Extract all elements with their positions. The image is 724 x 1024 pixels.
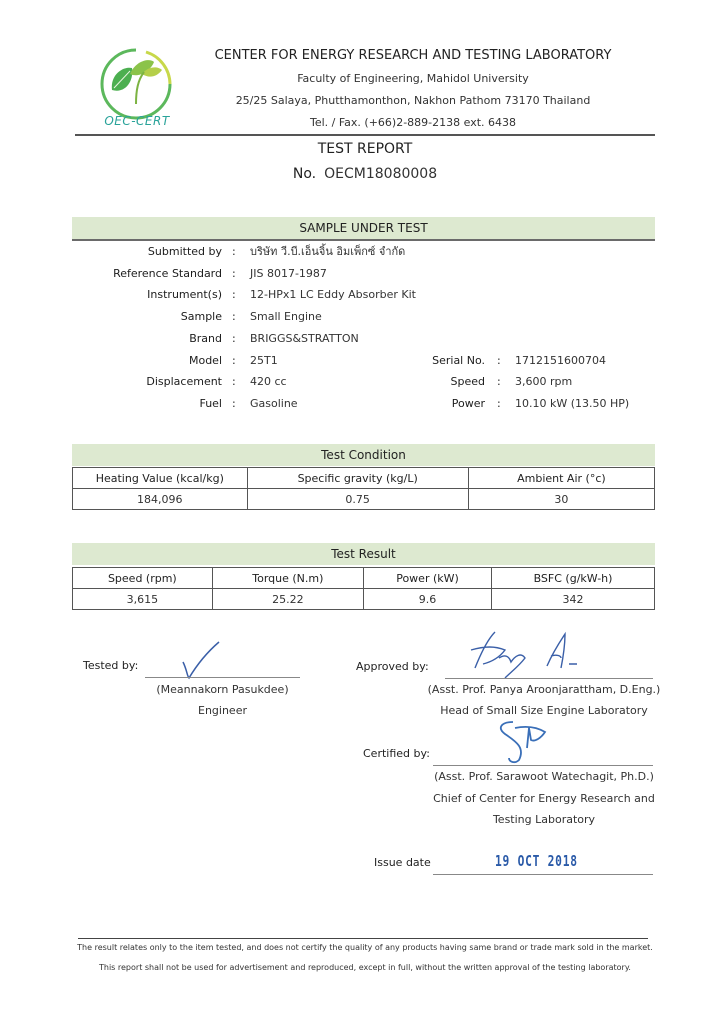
approved-title: Head of Small Size Engine Laboratory	[425, 704, 663, 717]
test-condition-header: Test Condition	[72, 444, 655, 466]
table-header-cell: Speed (rpm)	[73, 568, 213, 589]
tested-signature-icon	[175, 640, 225, 680]
colon: :	[232, 287, 236, 303]
sample-row-value: 3,600 rpm	[515, 374, 572, 390]
leaf-logo-icon	[96, 44, 176, 124]
table-header-cell: Torque (N.m)	[212, 568, 363, 589]
sample-row-label: Brand	[72, 331, 222, 347]
colon: :	[497, 353, 501, 369]
certified-by-label: Certified by:	[363, 747, 430, 760]
footer-divider	[78, 938, 648, 939]
sample-section-header: SAMPLE UNDER TEST	[72, 217, 655, 239]
oec-cert-logo	[96, 44, 176, 124]
sample-row-label: Power	[375, 396, 485, 412]
issue-date-stamp: 19 OCT 2018	[495, 852, 578, 870]
sample-row-right: Power:10.10 kW (13.50 HP)	[0, 396, 724, 412]
sample-row-label: Submitted by	[72, 244, 222, 260]
sample-row-right: Serial No.:1712151600704	[0, 353, 724, 369]
footer-disclaimer-2: This report shall not be used for advert…	[60, 963, 670, 972]
approved-by-label: Approved by:	[356, 660, 429, 673]
sample-row: Submitted by:บริษัท วี.บี.เอ็นจิ้น อิมเพ…	[0, 244, 724, 260]
organization-name: CENTER FOR ENERGY RESEARCH AND TESTING L…	[178, 48, 648, 63]
sample-row-value: Small Engine	[250, 309, 322, 325]
logo-text: OEC-CERT	[92, 114, 182, 128]
contact-line: Tel. / Fax. (+66)2-889-2138 ext. 6438	[178, 116, 648, 129]
table-header-row: Speed (rpm) Torque (N.m) Power (kW) BSFC…	[73, 568, 655, 589]
sample-row: Reference Standard:JIS 8017-1987	[0, 266, 724, 282]
address-line: 25/25 Salaya, Phutthamonthon, Nakhon Pat…	[178, 94, 648, 107]
specific-gravity: 0.75	[247, 489, 468, 510]
header-divider	[75, 134, 655, 136]
sample-row-label: Speed	[375, 374, 485, 390]
table-header-cell: Specific gravity (kg/L)	[247, 468, 468, 489]
table-row: 184,096 0.75 30	[73, 489, 655, 510]
sample-row-value: JIS 8017-1987	[250, 266, 327, 282]
approved-signature-icon	[465, 628, 595, 683]
table-row: 3,615 25.22 9.6 342	[73, 589, 655, 610]
tested-signature-line	[145, 677, 300, 678]
certified-title-line2: Testing Laboratory	[425, 813, 663, 826]
certified-name: (Asst. Prof. Sarawoot Watechagit, Ph.D.)	[425, 770, 663, 783]
table-header-cell: Power (kW)	[363, 568, 491, 589]
sample-row-value: BRIGGS&STRATTON	[250, 331, 359, 347]
colon: :	[497, 374, 501, 390]
sample-row-label: Sample	[72, 309, 222, 325]
torque-value: 25.22	[212, 589, 363, 610]
sample-row-value: 12-HPx1 LC Eddy Absorber Kit	[250, 287, 416, 303]
issue-date-line	[433, 874, 653, 875]
sample-row-right: Speed:3,600 rpm	[0, 374, 724, 390]
certified-signature-icon	[495, 718, 555, 768]
certified-title-line1: Chief of Center for Energy Research and	[425, 792, 663, 805]
table-header-cell: Ambient Air (°c)	[468, 468, 654, 489]
report-number-value: OECM18080008	[324, 166, 437, 182]
sample-row: Sample:Small Engine	[0, 309, 724, 325]
ambient-air: 30	[468, 489, 654, 510]
test-result-header: Test Result	[72, 543, 655, 565]
sample-row-value: 10.10 kW (13.50 HP)	[515, 396, 629, 412]
report-title: TEST REPORT	[200, 141, 530, 157]
sample-row-label: Serial No.	[375, 353, 485, 369]
sample-row-value: 1712151600704	[515, 353, 606, 369]
sample-row-label: Reference Standard	[72, 266, 222, 282]
sample-row: Brand:BRIGGS&STRATTON	[0, 331, 724, 347]
sample-section-divider	[72, 239, 655, 241]
table-header-cell: BSFC (g/kW-h)	[492, 568, 655, 589]
approved-signature-line	[445, 678, 653, 679]
approved-name: (Asst. Prof. Panya Aroonjarattham, D.Eng…	[425, 683, 663, 696]
report-number: No.OECM18080008	[200, 166, 530, 182]
sample-row-label: Instrument(s)	[72, 287, 222, 303]
issue-date-label: Issue date	[374, 856, 431, 869]
power-value: 9.6	[363, 589, 491, 610]
heating-value: 184,096	[73, 489, 248, 510]
table-header-row: Heating Value (kcal/kg) Specific gravity…	[73, 468, 655, 489]
speed-value: 3,615	[73, 589, 213, 610]
footer-disclaimer-1: The result relates only to the item test…	[60, 943, 670, 952]
sample-row-value: บริษัท วี.บี.เอ็นจิ้น อิมเพ็กซ์ จำกัด	[250, 244, 405, 260]
test-result-table: Speed (rpm) Torque (N.m) Power (kW) BSFC…	[72, 567, 655, 610]
faculty-line: Faculty of Engineering, Mahidol Universi…	[178, 72, 648, 85]
colon: :	[232, 244, 236, 260]
colon: :	[232, 309, 236, 325]
tested-name: (Meannakorn Pasukdee)	[135, 683, 310, 696]
bsfc-value: 342	[492, 589, 655, 610]
tested-by-label: Tested by:	[83, 659, 138, 672]
sample-row: Instrument(s):12-HPx1 LC Eddy Absorber K…	[0, 287, 724, 303]
table-header-cell: Heating Value (kcal/kg)	[73, 468, 248, 489]
colon: :	[232, 266, 236, 282]
report-number-label: No.	[293, 166, 316, 182]
test-condition-table: Heating Value (kcal/kg) Specific gravity…	[72, 467, 655, 510]
certified-signature-line	[433, 765, 653, 766]
colon: :	[497, 396, 501, 412]
tested-title: Engineer	[135, 704, 310, 717]
colon: :	[232, 331, 236, 347]
